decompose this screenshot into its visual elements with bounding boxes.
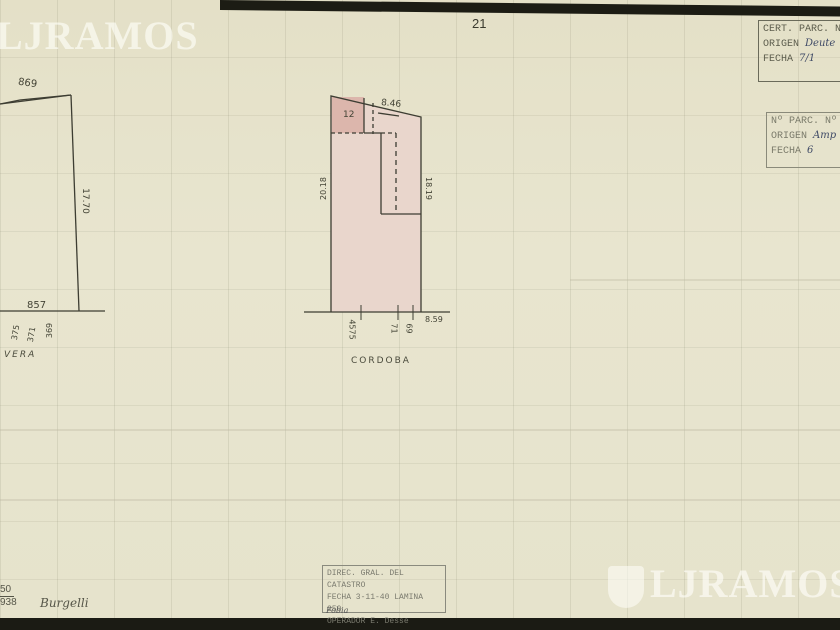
stamp-line: OPERADOR E. Desse [327, 616, 441, 628]
left-right-dimension: 17.70 [80, 188, 90, 214]
stamp-line: FECHA 6 [771, 144, 840, 159]
signature: Burgelli [40, 596, 89, 610]
left-street-name: VERA [4, 350, 36, 360]
fraction-bottom: 938 [0, 597, 17, 609]
stamp-handwriting: 6 [807, 145, 813, 156]
center-street-number: 4575 [348, 319, 357, 339]
stamp-handwriting: Amp [813, 130, 836, 141]
stamp-handwriting: Deute [805, 38, 835, 49]
lot-label: 12 [343, 110, 354, 120]
center-bottom-dimension: 8.59 [425, 315, 443, 324]
center-street-number: 69 [405, 323, 414, 333]
fraction-top: 50 [0, 584, 14, 597]
center-left-dimension: 20.18 [319, 177, 328, 200]
center-plot [304, 96, 450, 320]
stamp-note: Fobia [326, 606, 348, 615]
stamp-line: CERT. PARC. Nº [763, 23, 840, 37]
center-right-dimension: 18.19 [424, 177, 433, 200]
stamp-label: FECHA [771, 146, 801, 157]
document-sheet: LJRAMOS LJRAMOS 21 [0, 0, 840, 630]
stamp-line: DIREC. GRAL. DEL CATASTRO [327, 568, 441, 592]
stamp-line: ORIGEN Deute [763, 37, 840, 52]
stamp-parcel: Nº PARC. Nº ORIGEN Amp FECHA 6 [766, 112, 840, 168]
stamp-label: FECHA [763, 54, 793, 65]
center-top-dimension: 8.46 [381, 98, 402, 110]
left-street-number: 369 [45, 323, 54, 338]
stamp-certificate: CERT. PARC. Nº ORIGEN Deute FECHA 7/1 [758, 20, 840, 82]
plot-drawing [0, 0, 840, 630]
center-street-number: 71 [390, 323, 399, 333]
stamp-handwriting: 7/1 [799, 53, 815, 64]
left-bottom-dimension: 857 [27, 300, 46, 311]
stamp-line: ORIGEN Amp [771, 129, 840, 144]
corner-fraction: 50 938 [0, 584, 17, 609]
center-street-name: CORDOBA [351, 356, 411, 366]
stamp-label: ORIGEN [763, 39, 799, 50]
stamp-line: Nº PARC. Nº [771, 115, 840, 129]
stamp-label: ORIGEN [771, 131, 807, 142]
stamp-line: FECHA 7/1 [763, 52, 840, 67]
